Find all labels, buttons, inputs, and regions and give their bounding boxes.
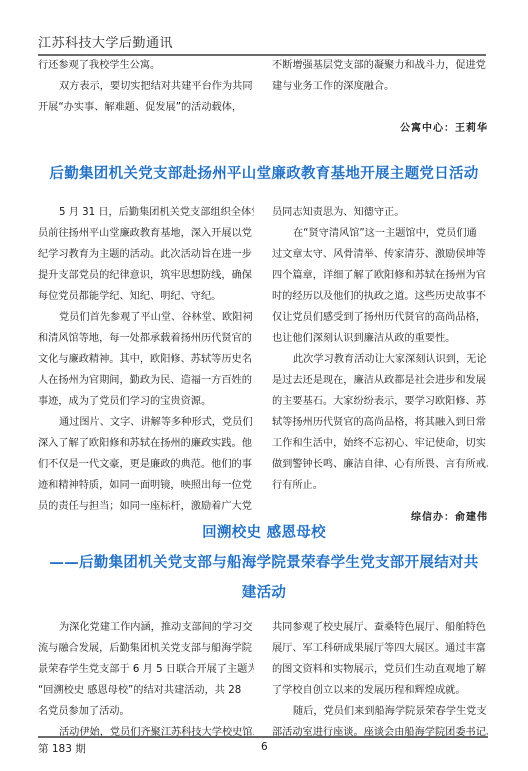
article1-left-column: 5 月 31 日，后勤集团机关党支部组织全体党员前往扬州平山堂廉政教育基地，深入… bbox=[38, 202, 254, 528]
paragraph-line: 每位党员都能学纪、知纪、明纪、守纪。 bbox=[38, 286, 254, 307]
article2-body: 为深化党建工作内涵，推动支部间的学习交流与融合发展，后勤集团机关党支部与船海学院… bbox=[38, 617, 488, 743]
paragraph-line: 深入了解了欧阳修和苏轼在扬州的廉政实践。他 bbox=[38, 433, 254, 454]
paragraph-line: 开展“办实事、解难题、促发展”的活动载体， bbox=[38, 97, 254, 118]
article1-body: 5 月 31 日，后勤集团机关党支部组织全体党员前往扬州平山堂廉政教育基地，深入… bbox=[38, 202, 488, 528]
article2-left-column: 为深化党建工作内涵，推动支部间的学习交流与融合发展，后勤集团机关党支部与船海学院… bbox=[38, 617, 254, 743]
paragraph-line: 党员们首先参观了平山堂、谷林堂、欧阳祠 bbox=[38, 307, 254, 328]
paragraph-line: 通过图片、文字、讲解等多种形式，党员们 bbox=[38, 412, 254, 433]
paragraph-line: 做到警钟长鸣、廉洁自律、心有所畏、言有所戒、 bbox=[272, 454, 488, 475]
paragraph-line: 此次学习教育活动让大家深刻认识到，无论 bbox=[272, 349, 488, 370]
paragraph-line: 建与业务工作的深度融合。 bbox=[272, 76, 488, 97]
paragraph-line: 也让他们深刻认识到廉洁从政的重要性。 bbox=[272, 328, 488, 349]
paragraph-line: 四个篇章，详细了解了欧阳修和苏轼在扬州为官 bbox=[272, 265, 488, 286]
page-number: 6 bbox=[261, 741, 268, 753]
paragraph-line: 为深化党建工作内涵，推动支部间的学习交 bbox=[38, 617, 254, 638]
paragraph-line: 名党员参加了活动。 bbox=[38, 701, 254, 722]
paragraph-line: 文化与廉政精神。其中，欧阳修、苏轼等历史名 bbox=[38, 349, 254, 370]
paragraph-line: 不断增强基层党支部的凝聚力和战斗力，促进党 bbox=[272, 55, 488, 76]
paragraph-line: 员前往扬州平山堂廉政教育基地，深入开展以党 bbox=[38, 223, 254, 244]
top-continuation: 行还参观了我校学生公寓。双方表示，要切实把结对共建平台作为共同开展“办实事、解难… bbox=[38, 55, 488, 139]
paragraph-line: 行还参观了我校学生公寓。 bbox=[38, 55, 254, 76]
paragraph-line: 在“贤守清风馆”这一主题馆中，党员们通 bbox=[272, 223, 488, 244]
article-title: 回溯校史 感恩母校 bbox=[0, 521, 528, 542]
article-title: 后勤集团机关党支部赴扬州平山堂廉政教育基地开展主题党日活动 bbox=[0, 162, 528, 183]
paragraph-line: 员同志知责思为、知德守正。 bbox=[272, 202, 488, 223]
paragraph-line: 流与融合发展，后勤集团机关党支部与船海学院 bbox=[38, 638, 254, 659]
paragraph-line: 仅让党员们感受到了扬州历代贤官的高尚品格， bbox=[272, 307, 488, 328]
paragraph-line: 共同参观了校史展厅、蚕桑特色展厅、船舶特色 bbox=[272, 617, 488, 638]
paragraph-line: “回溯校史 感恩母校”的结对共建活动，共 28 bbox=[38, 680, 254, 701]
paragraph-line: 们不仅是一代文豪，更是廉政的典范。他们的事 bbox=[38, 454, 254, 475]
paragraph-line: 是过去还是现在，廉洁从政都是社会进步和发展 bbox=[272, 370, 488, 391]
paragraph-line: 双方表示，要切实把结对共建平台作为共同 bbox=[38, 76, 254, 97]
article-subtitle: ——后勤集团机关党支部与船海学院景荣春学生党支部开展结对共 bbox=[0, 551, 528, 572]
newsletter-header: 江苏科技大学后勤通讯 bbox=[38, 36, 486, 56]
top-left-column: 行还参观了我校学生公寓。双方表示，要切实把结对共建平台作为共同开展“办实事、解难… bbox=[38, 55, 254, 139]
paragraph-line: 5 月 31 日，后勤集团机关党支部组织全体党 bbox=[38, 202, 254, 223]
paragraph-line: 的图文资料和实物展示，党员们生动直观地了解 bbox=[272, 659, 488, 680]
newsletter-title: 江苏科技大学后勤通讯 bbox=[38, 36, 486, 52]
paragraph-line: 了学校自创立以来的发展历程和辉煌成就。 bbox=[272, 680, 488, 701]
article1-right-column: 员同志知责思为、知德守正。在“贤守清风馆”这一主题馆中，党员们通过文章太守、风骨… bbox=[272, 202, 488, 528]
paragraph-line: 景荣春学生党支部于 6 月 5 日联合开展了主题为 bbox=[38, 659, 254, 680]
paragraph-line: 随后，党员们来到船海学院景荣春学生党支 bbox=[272, 701, 488, 722]
paragraph-line: 人在扬州为官期间，勤政为民、造福一方百姓的 bbox=[38, 370, 254, 391]
paragraph-line: 过文章太守、风骨清举、传家清芬、激励侯坤等 bbox=[272, 244, 488, 265]
top-right-column: 不断增强基层党支部的凝聚力和战斗力，促进党建与业务工作的深度融合。 公寓中心：王… bbox=[272, 55, 488, 139]
paragraph-line: 展厅、军工科研成果展厅等四大展区。通过丰富 bbox=[272, 638, 488, 659]
paragraph-line: 迹和精神特质，如同一面明镜，映照出每一位党 bbox=[38, 475, 254, 496]
paragraph-line: 的主要基石。大家纷纷表示，要学习欧阳修、苏 bbox=[272, 391, 488, 412]
paragraph-line: 提升支部党员的纪律意识，筑牢思想防线，确保 bbox=[38, 265, 254, 286]
paragraph-line: 事迹，成为了党员们学习的宝贵资源。 bbox=[38, 391, 254, 412]
paragraph-line: 员的责任与担当；如同一座标杆，激励着广大党 bbox=[38, 496, 254, 517]
paragraph-line: 纪学习教育为主题的活动。此次活动旨在进一步 bbox=[38, 244, 254, 265]
signature: 公寓中心：王莉华 bbox=[272, 118, 488, 139]
article-subtitle-cont: 建活动 bbox=[0, 581, 528, 602]
article2-right-column: 共同参观了校史展厅、蚕桑特色展厅、船舶特色展厅、军工科研成果展厅等四大展区。通过… bbox=[272, 617, 488, 743]
paragraph-line: 和清风馆等地，每一处都承载着扬州历代贤官的 bbox=[38, 328, 254, 349]
paragraph-line: 轼等扬州历代贤官的高尚品格，将其融入到日常 bbox=[272, 412, 488, 433]
paragraph-line: 工作和生活中，始终不忘初心、牢记使命，切实 bbox=[272, 433, 488, 454]
paragraph-line: 时的经历以及他们的执政之道。这些历史故事不 bbox=[272, 286, 488, 307]
paragraph-line: 行有所止。 bbox=[272, 475, 488, 496]
page-footer: 第 183 期 6 bbox=[38, 736, 488, 759]
issue-number: 第 183 期 bbox=[38, 741, 86, 756]
